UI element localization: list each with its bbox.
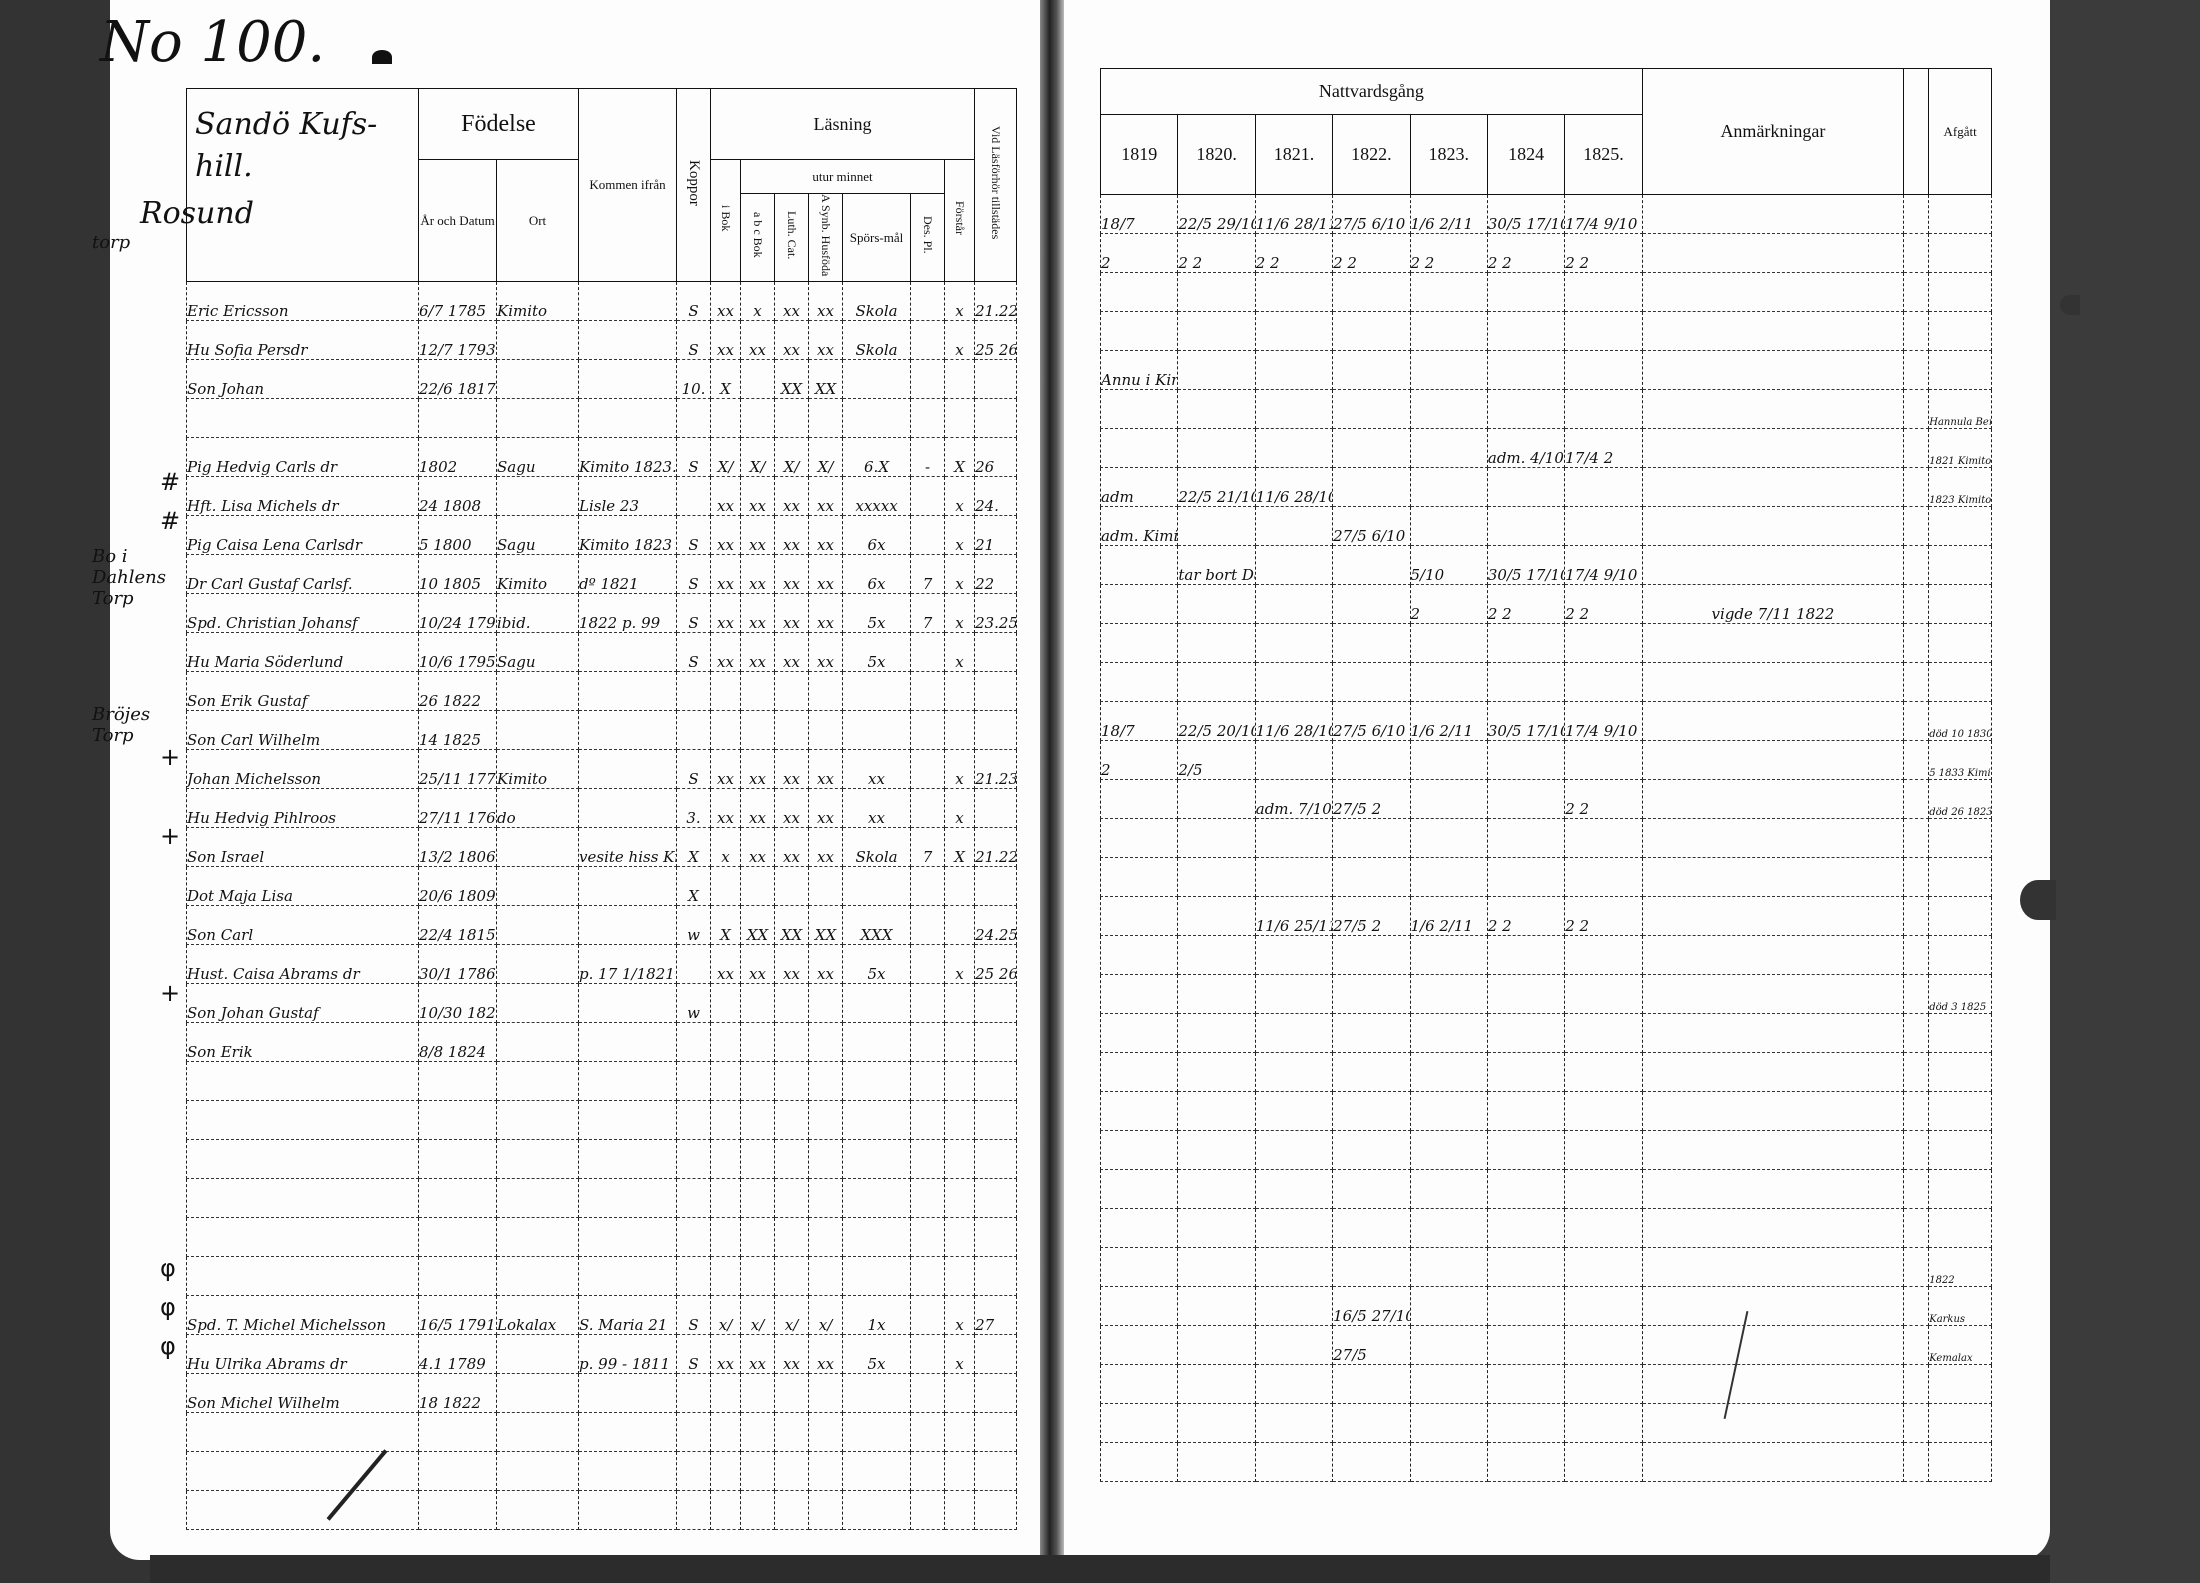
communion-cell: 2 2 [1178,234,1255,273]
blank-cell [1904,858,1929,897]
table-row: 11/6 25/1127/5 21/6 2/112 22 2 [1101,897,1992,936]
remarks-cell [1642,468,1903,507]
communion-cell [1255,741,1332,780]
i-bok-cell [711,1218,741,1257]
book-cover-right [2045,0,2200,1583]
place-header-cell: Sandö Kufs- hill. [187,89,419,282]
abc-bok-cell: xx [741,945,775,984]
present-cell [975,672,1017,711]
forstar-cell [945,1023,975,1062]
communion-cell [1178,429,1255,468]
table-row: Hu Sofia Persdr12/7 1793SxxxxxxxxSkolax2… [187,321,1017,360]
table-row [1101,1092,1992,1131]
koppor-cell [677,1374,711,1413]
des-pl-cell [911,1296,945,1335]
communion-cell [1333,975,1410,1014]
present-cell [975,1179,1017,1218]
birthplace-cell: Sagu [497,516,579,555]
abc-bok-cell: xx [741,750,775,789]
communion-cell [1178,624,1255,663]
forstar-cell [945,984,975,1023]
place-subheader: Rosund [140,196,254,231]
communion-cell: 27/5 2 [1333,780,1410,819]
table-row [1101,1404,1992,1443]
communion-cell: 27/5 6/10 [1333,507,1410,546]
communion-cell: 2 2 [1565,234,1642,273]
table-row: död 3 1825 [1101,975,1992,1014]
birth-cell: 30/1 1786 [419,945,497,984]
departed-cell [1929,1014,1992,1053]
birthplace-cell: Lokalax [497,1296,579,1335]
abc-bok-cell [741,1452,775,1491]
from-cell [579,1218,677,1257]
from-cell: 1822 p. 99 [579,594,677,633]
sporsmal-cell: 5x [843,945,911,984]
forstar-cell [945,1413,975,1452]
forstar-cell [945,399,975,438]
luth-cat-cell: xx [775,477,809,516]
communion-cell [1487,663,1564,702]
birthplace-cell [497,1218,579,1257]
a-synb-cell: xx [809,516,843,555]
communion-cell: 2 2 [1255,234,1332,273]
luth-cat-cell [775,867,809,906]
a-synb-cell [809,711,843,750]
des-pl-header: Des. Pl. [911,194,945,282]
a-synb-cell [809,1452,843,1491]
birth-cell [419,1452,497,1491]
present-cell [975,1374,1017,1413]
communion-cell [1410,1131,1487,1170]
communion-cell: 18/7 [1101,702,1178,741]
margin-annotation: Bo i Dahlens Torp [92,546,184,609]
birthplace-cell [497,711,579,750]
communion-cell [1487,1014,1564,1053]
i-bok-cell [711,984,741,1023]
blank-cell [1904,507,1929,546]
communion-cell: 2 2 [1565,897,1642,936]
blank-cell [1904,1014,1929,1053]
forstar-cell [945,1374,975,1413]
birthplace-cell [497,1491,579,1530]
communion-cell [1333,273,1410,312]
table-row: Son Johan22/6 181710.XXXXX [187,360,1017,399]
communion-cell [1410,468,1487,507]
departed-cell [1929,1443,1992,1482]
birth-cell: 12/7 1793 [419,321,497,360]
table-row [187,1413,1017,1452]
communion-cell [1178,1053,1255,1092]
departed-cell [1929,1404,1992,1443]
communion-cell [1178,507,1255,546]
communion-cell [1333,351,1410,390]
communion-cell [1565,858,1642,897]
des-pl-cell [911,711,945,750]
birth-cell: 13/2 1806 [419,828,497,867]
remarks-cell [1642,429,1903,468]
sporsmal-cell: 5x [843,594,911,633]
departed-cell [1929,1053,1992,1092]
name-cell [187,1179,419,1218]
remarks-cell [1642,234,1903,273]
communion-cell: 27/5 6/10 [1333,195,1410,234]
present-cell: 24.25. [975,906,1017,945]
birthplace-cell [497,867,579,906]
koppor-cell [677,1179,711,1218]
communion-cell [1101,1326,1178,1365]
communion-cell [1333,1404,1410,1443]
communion-cell [1565,1248,1642,1287]
birth-cell: 4.1 1789 [419,1335,497,1374]
des-pl-cell [911,789,945,828]
communion-cell [1255,1053,1332,1092]
blank-cell [1904,468,1929,507]
communion-cell: 17/4 9/10 [1565,546,1642,585]
present-cell: 21 [975,516,1017,555]
table-row: 18/722/5 29/1011/6 28/1127/5 6/101/6 2/1… [1101,195,1992,234]
communion-cell [1487,780,1564,819]
remarks-cell [1642,624,1903,663]
communion-cell [1410,390,1487,429]
name-cell [187,1101,419,1140]
blank-cell [1904,1209,1929,1248]
kommen-ifran-header: Kommen ifrån [579,89,677,282]
remarks-cell [1642,975,1903,1014]
from-cell [579,1062,677,1101]
communion-cell [1101,312,1178,351]
des-pl-cell [911,867,945,906]
remarks-cell [1642,1209,1903,1248]
communion-cell [1178,858,1255,897]
sporsmal-cell [843,399,911,438]
birthplace-cell [497,984,579,1023]
communion-cell [1333,663,1410,702]
communion-cell [1565,1053,1642,1092]
present-cell [975,633,1017,672]
sporsmal-cell [843,1257,911,1296]
abc-bok-cell [741,1140,775,1179]
table-row: Dot Maja Lisa20/6 1809X [187,867,1017,906]
i-bok-cell: xx [711,516,741,555]
communion-cell [1565,1131,1642,1170]
name-cell: Son Carl Wilhelm [187,711,419,750]
blank-cell [1904,351,1929,390]
sporsmal-header: Spörs-mål [843,194,911,282]
birthplace-cell [497,1101,579,1140]
name-cell [187,1257,419,1296]
name-cell: Dot Maja Lisa [187,867,419,906]
forstar-cell [945,1452,975,1491]
communion-cell [1178,975,1255,1014]
i-bok-cell [711,1023,741,1062]
des-pl-cell [911,1452,945,1491]
communion-cell: 2 2 [1487,897,1564,936]
i-bok-cell [711,399,741,438]
forstar-cell: X [945,828,975,867]
communion-cell [1565,1092,1642,1131]
communion-cell [1410,624,1487,663]
blank-cell [1904,897,1929,936]
communion-cell [1487,819,1564,858]
departed-cell: död 10 1830 [1929,702,1992,741]
blank-cell [1904,624,1929,663]
luth-cat-cell: xx [775,516,809,555]
present-cell [975,984,1017,1023]
abc-bok-cell: xx [741,789,775,828]
communion-cell [1178,1443,1255,1482]
nattvardsgang-header: Nattvardsgång [1101,69,1643,115]
koppor-cell [677,1491,711,1530]
name-cell: Hu Ulrika Abrams dr [187,1335,419,1374]
a-synb-cell [809,984,843,1023]
remarks-cell [1642,702,1903,741]
lasning-header: Läsning [711,89,975,160]
birthplace-cell: do [497,789,579,828]
birthplace-cell [497,1335,579,1374]
communion-cell [1255,1326,1332,1365]
communion-cell: 30/5 17/10 [1487,546,1564,585]
present-cell [975,399,1017,438]
vid-lasforhor-header: Vid Läsförhör tillstädes [975,89,1017,282]
table-row: adm. 7/1027/5 22 2död 26 1823 [1101,780,1992,819]
table-row: Pig Hedvig Carls dr1802SaguKimito 1823.S… [187,438,1017,477]
name-cell [187,399,419,438]
communion-cell [1255,390,1332,429]
margin-annotation: + [160,822,180,850]
table-row [1101,312,1992,351]
communion-cell [1410,1170,1487,1209]
year-1819-header: 1819 [1101,115,1178,195]
koppor-cell [677,711,711,750]
koppor-cell: S [677,438,711,477]
des-pl-cell [911,399,945,438]
communion-cell: 2 2 [1333,234,1410,273]
departed-cell [1929,507,1992,546]
table-row [1101,858,1992,897]
des-pl-cell [911,1062,945,1101]
communion-cell [1101,936,1178,975]
communion-cell [1487,858,1564,897]
departed-cell: 1822 [1929,1248,1992,1287]
margin-annotation: φ [160,1332,176,1360]
communion-cell: 16/5 27/10 [1333,1287,1410,1326]
present-cell [975,1140,1017,1179]
margin-annotation: + [160,743,180,771]
communion-cell [1410,858,1487,897]
name-cell [187,1491,419,1530]
blank-cell [1904,663,1929,702]
blank-cell [1904,1287,1929,1326]
departed-cell [1929,624,1992,663]
sporsmal-cell: 5x [843,1335,911,1374]
a-synb-cell: x/ [809,1296,843,1335]
i-bok-cell: xx [711,477,741,516]
book-bottom-edge [150,1555,2050,1583]
birthplace-cell [497,828,579,867]
margin-annotation: # [160,507,180,535]
from-cell [579,1374,677,1413]
communion-cell [1178,819,1255,858]
a-synb-header: A Synb. Husföda [809,194,843,282]
name-cell: Johan Michelsson [187,750,419,789]
communion-cell [1565,507,1642,546]
communion-cell [1410,507,1487,546]
i-bok-cell [711,1140,741,1179]
communion-cell [1565,1209,1642,1248]
year-1825-header: 1825. [1565,115,1642,195]
remarks-cell [1642,858,1903,897]
a-synb-cell [809,867,843,906]
remarks-cell [1642,663,1903,702]
a-synb-cell: xx [809,555,843,594]
sporsmal-cell: XXX [843,906,911,945]
blank-cell [1904,1131,1929,1170]
birth-cell: 10 1805 [419,555,497,594]
communion-cell [1255,1443,1332,1482]
departed-cell: Karkus [1929,1287,1992,1326]
birthplace-cell [497,1023,579,1062]
communion-cell [1255,507,1332,546]
remarks-cell [1642,897,1903,936]
des-pl-cell [911,906,945,945]
birth-cell: 16/5 1791 [419,1296,497,1335]
koppor-cell: w [677,906,711,945]
from-cell [579,867,677,906]
communion-cell [1487,1131,1564,1170]
communion-cell [1101,1170,1178,1209]
communion-cell: Annu i Kimito [1101,351,1178,390]
a-synb-cell: X/ [809,438,843,477]
luth-cat-cell: XX [775,360,809,399]
communion-cell: 5/10 [1410,546,1487,585]
koppor-cell [677,945,711,984]
communion-cell: adm. 4/10 [1487,429,1564,468]
i-bok-cell [711,1257,741,1296]
anmarkningar-header: Anmärkningar [1642,69,1903,195]
communion-cell [1487,390,1564,429]
communion-cell: adm [1101,468,1178,507]
communion-cell: 11/6 25/11 [1255,897,1332,936]
communion-cell: 11/6 28/10 [1255,702,1332,741]
luth-cat-cell [775,1140,809,1179]
communion-cell: 2 2 [1487,234,1564,273]
present-cell: 22 [975,555,1017,594]
table-row: Eric Ericsson6/7 1785KimitoSxxxxxxxSkola… [187,282,1017,321]
koppor-cell: S [677,516,711,555]
koppor-cell [677,1413,711,1452]
birth-cell: 14 1825 [419,711,497,750]
communion-cell [1487,1053,1564,1092]
forstar-cell [945,360,975,399]
abc-bok-cell [741,672,775,711]
communion-cell [1255,1365,1332,1404]
table-row [187,1452,1017,1491]
remarks-cell [1642,312,1903,351]
remarks-cell [1642,195,1903,234]
communion-cell [1101,429,1178,468]
communion-cell: 2 [1410,585,1487,624]
communion-cell [1255,1014,1332,1053]
table-row [1101,1365,1992,1404]
des-pl-cell [911,1179,945,1218]
remarks-cell [1642,741,1903,780]
place-name-cont: hill. [195,151,412,183]
abc-bok-cell: x/ [741,1296,775,1335]
table-row: Pig Caisa Lena Carlsdr5 1800SaguKimito 1… [187,516,1017,555]
present-cell [975,789,1017,828]
communion-cell [1255,624,1332,663]
remarks-cell [1642,1170,1903,1209]
des-pl-cell [911,672,945,711]
communion-cell [1565,1443,1642,1482]
communion-cell [1333,1365,1410,1404]
communion-cell: 2 2 [1565,780,1642,819]
birth-cell: 26 1822 [419,672,497,711]
communion-cell [1101,858,1178,897]
a-synb-cell: xx [809,1335,843,1374]
luth-cat-cell [775,1374,809,1413]
communion-cell [1565,1014,1642,1053]
present-cell: 24. [975,477,1017,516]
birth-cell: 25/11 1777 [419,750,497,789]
luth-cat-cell [775,1218,809,1257]
remarks-cell [1642,1014,1903,1053]
birth-cell: 20/6 1809 [419,867,497,906]
communion-cell [1255,1092,1332,1131]
sporsmal-cell [843,1374,911,1413]
communion-cell [1333,1248,1410,1287]
luth-cat-cell [775,711,809,750]
present-cell [975,711,1017,750]
a-synb-cell: xx [809,828,843,867]
birth-cell [419,1062,497,1101]
des-pl-cell [911,945,945,984]
communion-cell [1410,1092,1487,1131]
abc-bok-cell [741,360,775,399]
i-bok-cell: xx [711,282,741,321]
communion-cell: 17/4 2 [1565,429,1642,468]
koppor-cell: w [677,984,711,1023]
koppor-header: Koppor [677,89,711,282]
luth-cat-cell: xx [775,321,809,360]
remarks-cell [1642,1326,1903,1365]
i-bok-cell [711,1452,741,1491]
birth-cell [419,1257,497,1296]
communion-cell [1178,780,1255,819]
des-pl-cell [911,1413,945,1452]
page-tab-icon [2060,295,2080,315]
blank-cell [1904,273,1929,312]
luth-cat-cell [775,399,809,438]
luth-cat-header: Luth. Cat. [775,194,809,282]
abc-bok-cell [741,1179,775,1218]
departed-cell: död 26 1823 [1929,780,1992,819]
blank-cell [1904,1365,1929,1404]
a-synb-cell [809,1062,843,1101]
communion-cell [1101,897,1178,936]
des-pl-cell: - [911,438,945,477]
departed-cell [1929,663,1992,702]
a-synb-cell: xx [809,945,843,984]
abc-bok-cell: x [741,282,775,321]
page-number: No 100. [100,10,325,75]
communion-cell [1255,936,1332,975]
name-cell: Son Michel Wilhelm [187,1374,419,1413]
birth-cell: 1802 [419,438,497,477]
des-pl-cell [911,1491,945,1530]
margin-annotation: + [160,979,180,1007]
name-cell: Son Carl [187,906,419,945]
